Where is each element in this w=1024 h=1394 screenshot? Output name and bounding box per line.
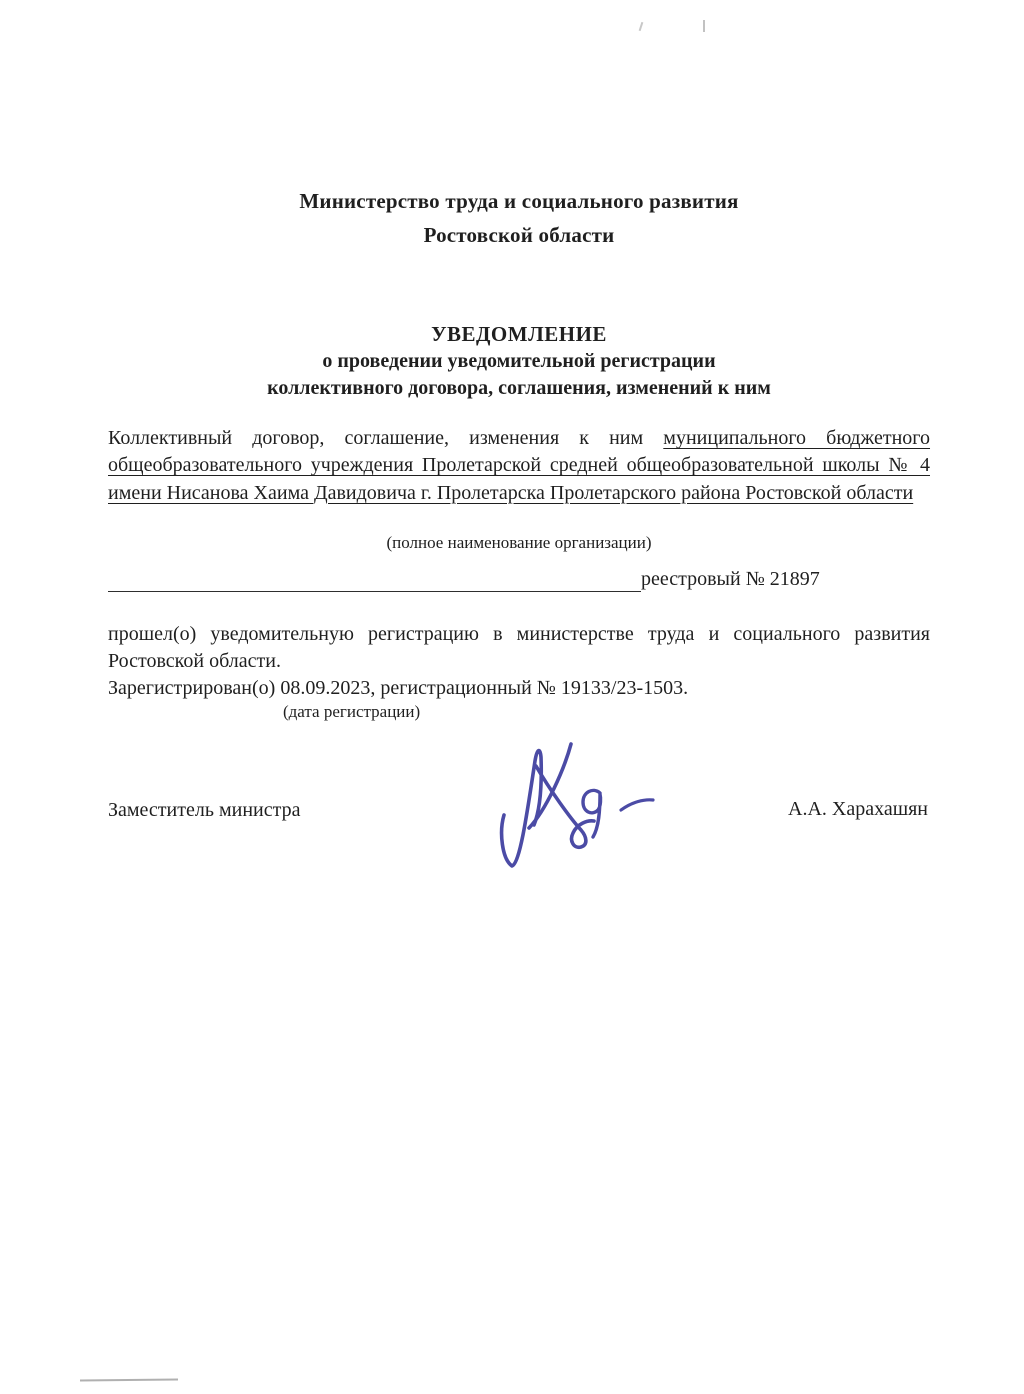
- ministry-name-line1: Министерство труда и социального развити…: [108, 184, 930, 218]
- scanned-document-page: Министерство труда и социального развити…: [0, 0, 1024, 1394]
- official-position: Заместитель министра: [108, 799, 300, 822]
- registration-paragraph: прошел(о) уведомительную регистрацию в м…: [108, 621, 930, 676]
- registration-date-line: Зарегистрирован(о) 08.09.2023, регистрац…: [108, 675, 930, 702]
- document-content: Министерство труда и социального развити…: [108, 0, 930, 1394]
- registration-date-caption: (дата регистрации): [283, 702, 420, 722]
- signature-stroke-dash: [621, 800, 653, 810]
- document-title: УВЕДОМЛЕНИЕ: [108, 321, 930, 348]
- blank-underline: [108, 569, 641, 592]
- organization-paragraph: Коллективный договор, соглашение, измене…: [108, 425, 930, 507]
- official-name: А.А. Харахашян: [788, 798, 928, 821]
- signature-stroke-loop: [583, 790, 601, 837]
- registry-number-label: реестровый № 21897: [641, 566, 820, 592]
- organization-intro-text: Коллективный договор, соглашение, измене…: [108, 427, 663, 449]
- ministry-name-line2: Ростовской области: [108, 218, 930, 252]
- document-subtitle-line1: о проведении уведомительной регистрации: [108, 348, 930, 375]
- organization-caption: (полное наименование организации): [108, 533, 930, 553]
- signature-handwriting: [480, 730, 680, 880]
- ministry-header: Министерство труда и социального развити…: [108, 184, 930, 252]
- document-subtitle-line2: коллективного договора, соглашения, изме…: [108, 375, 930, 402]
- registry-number-row: реестровый № 21897: [108, 566, 930, 592]
- document-title-block: УВЕДОМЛЕНИЕ о проведении уведомительной …: [108, 321, 930, 402]
